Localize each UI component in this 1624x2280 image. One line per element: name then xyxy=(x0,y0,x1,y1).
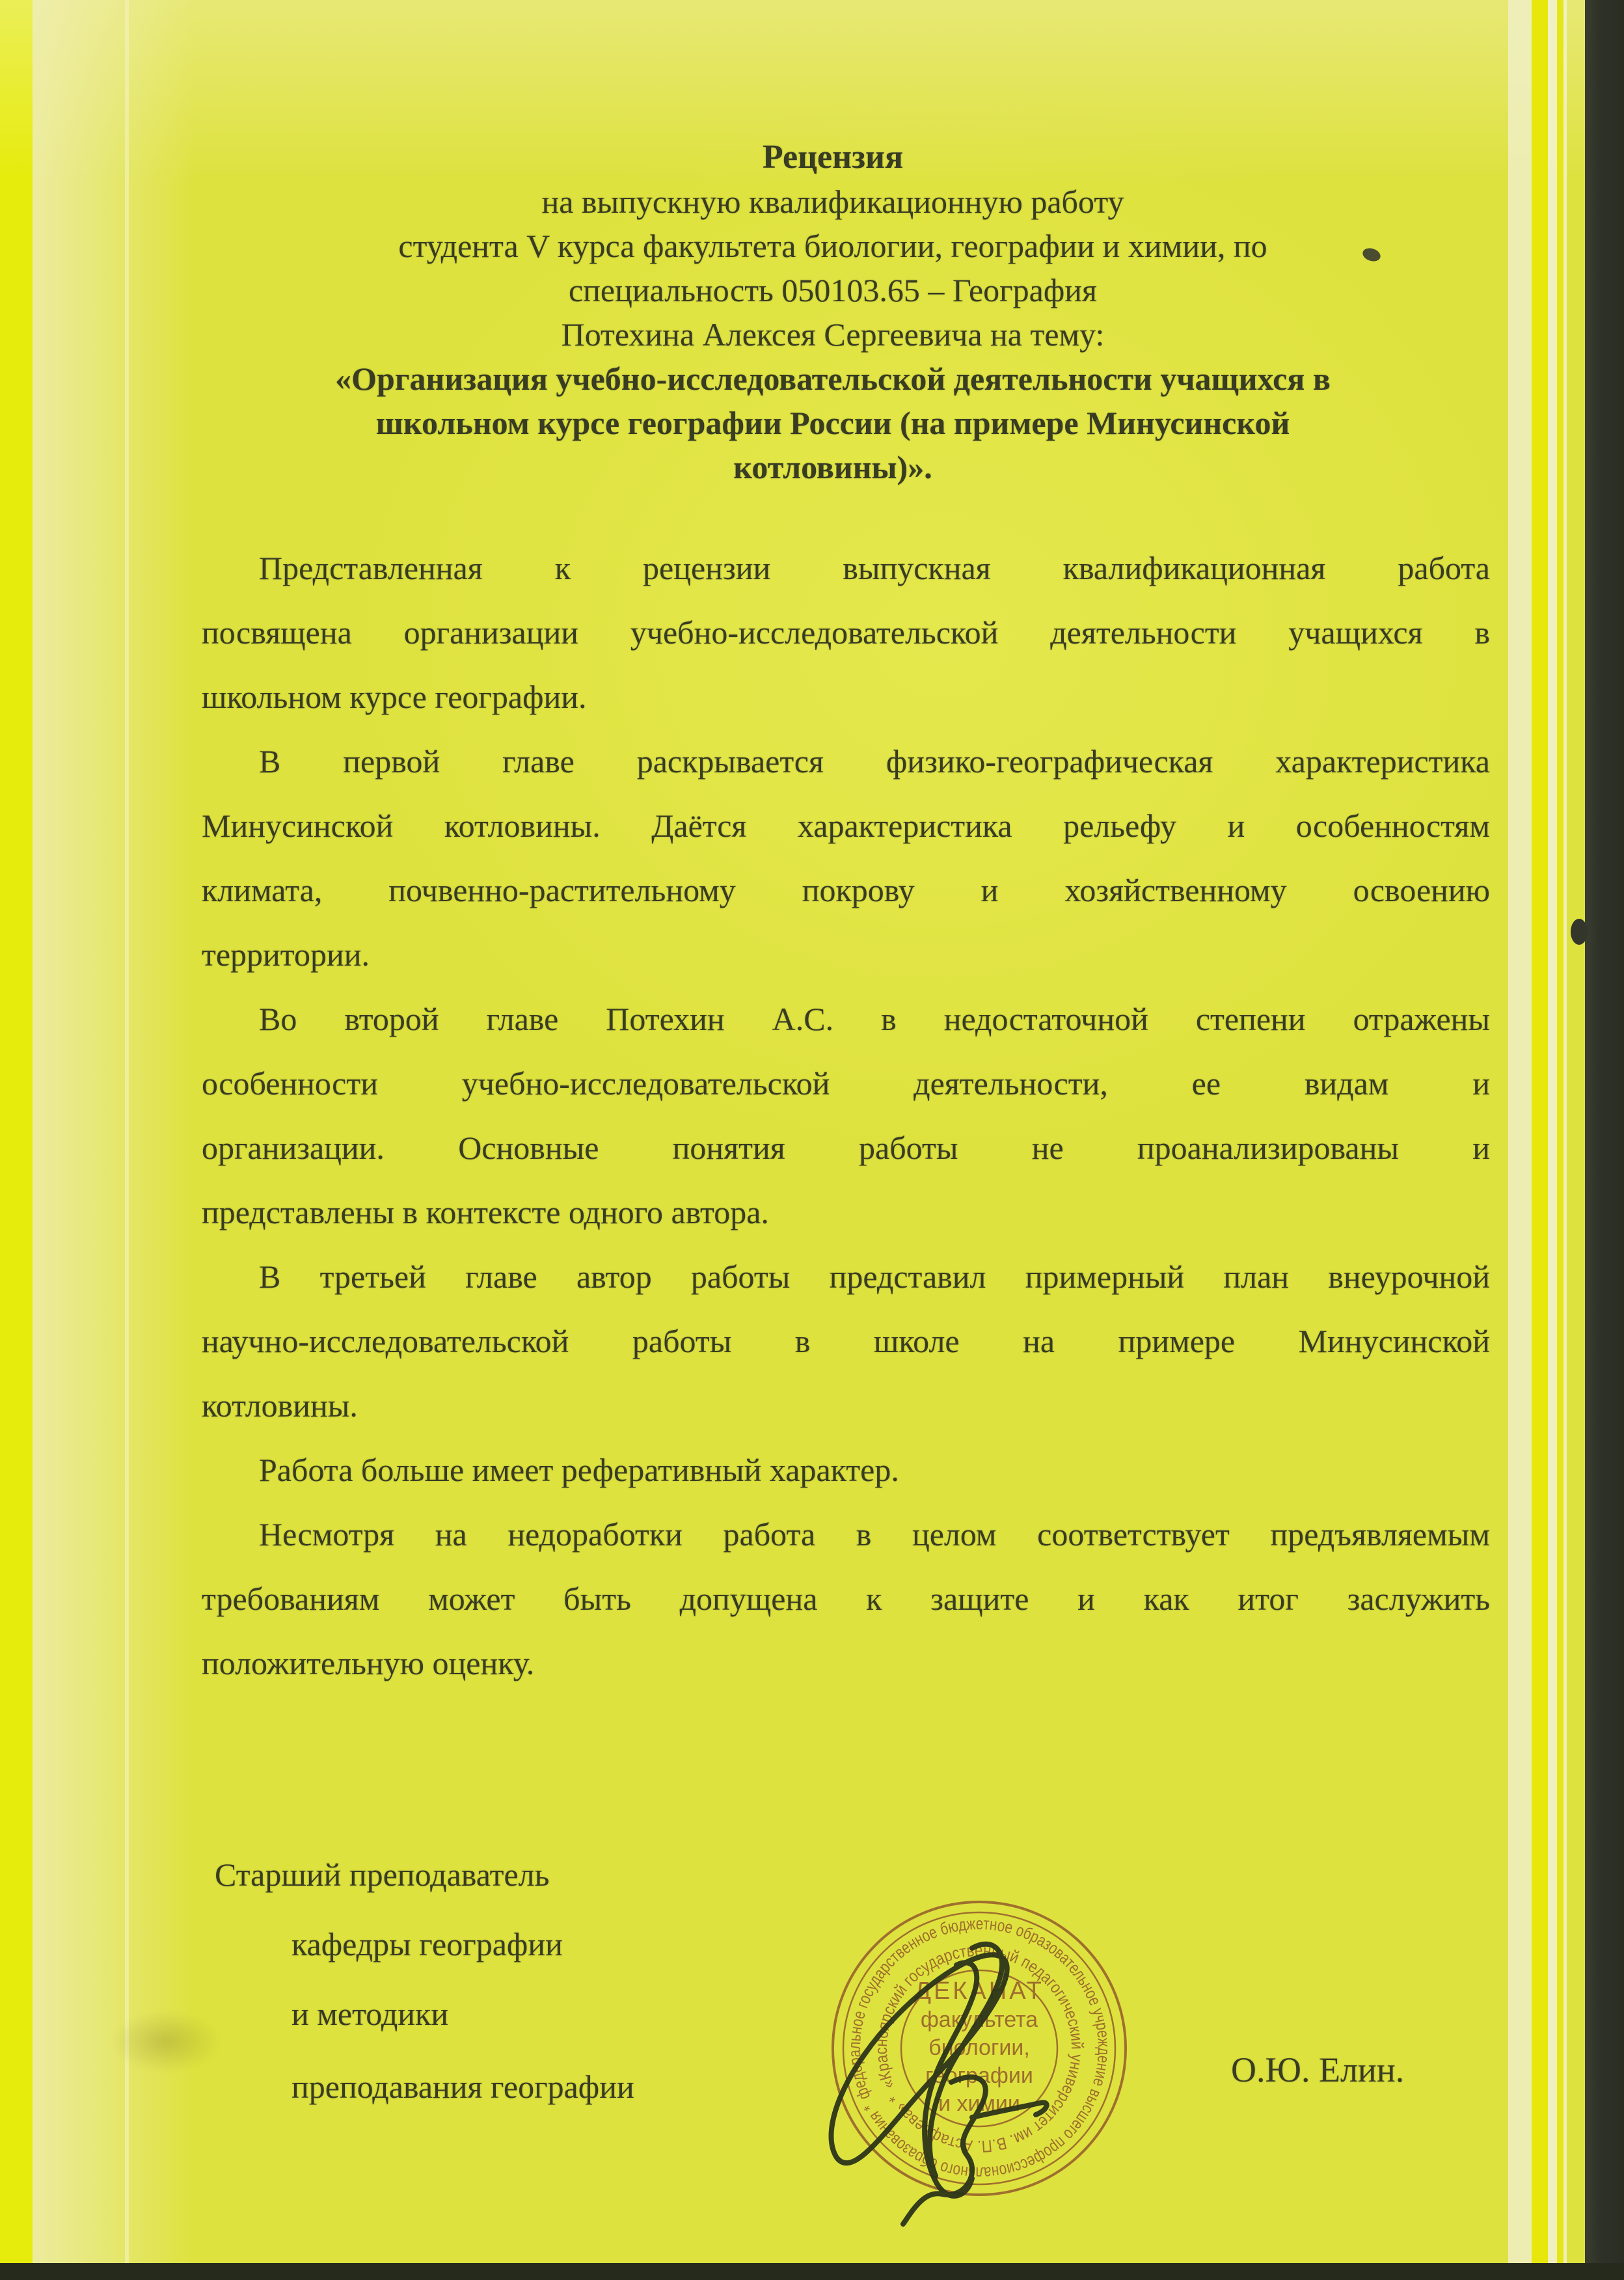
header-line: на выпускную квалификационную работу xyxy=(195,180,1470,224)
body-paragraph-4-line: научно-исследовательской работы в школе … xyxy=(202,1309,1490,1374)
signature-line: и методики xyxy=(291,1995,448,2033)
paper-smudge xyxy=(111,2011,221,2072)
body-paragraph-3-line: представлены в контексте одного автора. xyxy=(202,1180,1490,1245)
scanner-edge-bottom xyxy=(0,2263,1624,2280)
header-line: специальность 050103.65 – География xyxy=(195,268,1470,312)
document-title: Рецензия xyxy=(195,135,1470,180)
body-paragraph-6-line: требованиям может быть допущена к защите… xyxy=(202,1567,1490,1631)
document-subtitle: на выпускную квалификационную работустуд… xyxy=(195,180,1470,357)
body-paragraph-3-line: организации. Основные понятия работы не … xyxy=(202,1116,1490,1180)
body-paragraph-2-line: климата, почвенно-растительному покрову … xyxy=(202,858,1490,923)
header-line: Потехина Алексея Сергеевича на тему: xyxy=(195,312,1470,357)
header-line: студента V курса факультета биологии, ге… xyxy=(195,224,1470,268)
topic-line: котловины)». xyxy=(195,445,1470,489)
topic-line: школьном курсе географии России (на прим… xyxy=(195,401,1470,445)
reviewer-name: О.Ю. Елин. xyxy=(1231,2050,1404,2090)
body-paragraph-1-line: Представленная к рецензии выпускная квал… xyxy=(202,536,1490,601)
university-round-stamp: федеральное государственное бюджетное об… xyxy=(768,1835,1132,2264)
paper-right-stripe xyxy=(1563,0,1567,2280)
body-paragraph-1-line: посвящена организации учебно-исследовате… xyxy=(202,601,1490,665)
body-paragraph-3-line: Во второй главе Потехин А.С. в недостато… xyxy=(202,987,1490,1052)
body-paragraph-2-line: В первой главе раскрывается физико-геогр… xyxy=(202,729,1490,794)
body-paragraph-4-line: котловины. xyxy=(202,1374,1490,1438)
body-paragraph-5-line: Работа больше имеет реферативный характе… xyxy=(202,1438,1490,1502)
thesis-topic: «Организация учебно-исследовательской де… xyxy=(195,357,1470,489)
stamp-ink-group: федеральное государственное бюджетное об… xyxy=(802,1871,1132,2227)
topic-line: «Организация учебно-исследовательской де… xyxy=(195,357,1470,401)
paper-left-pale-column xyxy=(33,0,195,2280)
body-paragraph-6-line: положительную оценку. xyxy=(202,1631,1490,1696)
scanned-review-document: Рецензия на выпускную квалификационную р… xyxy=(0,0,1624,2280)
body-paragraph-4-line: В третьей главе автор работы представил … xyxy=(202,1245,1490,1309)
signature-line: преподавания географии xyxy=(291,2068,634,2106)
scanner-edge-bump xyxy=(1571,919,1588,945)
body-paragraph-1-line: школьном курсе географии. xyxy=(202,665,1490,729)
paper-crease-line xyxy=(125,0,129,2280)
body-paragraph-3-line: особенности учебно-исследовательской дея… xyxy=(202,1052,1490,1116)
body-paragraph-2-line: Минусинской котловины. Даётся характерис… xyxy=(202,794,1490,858)
document-header: Рецензия на выпускную квалификационную р… xyxy=(195,135,1470,489)
paper-right-stripe xyxy=(1508,0,1532,2280)
paper-right-stripe xyxy=(1532,0,1548,2280)
paper-left-bright-strip xyxy=(0,0,33,2280)
paper-right-stripe xyxy=(1557,0,1563,2280)
signature-line: Старший преподаватель xyxy=(215,1856,549,1893)
scanner-edge-right xyxy=(1585,0,1624,2280)
body-paragraph-6-line: Несмотря на недоработки работа в целом с… xyxy=(202,1502,1490,1567)
document-body: Представленная к рецензии выпускная квал… xyxy=(202,536,1490,1696)
paper-right-stripe xyxy=(1548,0,1557,2280)
body-paragraph-2-line: территории. xyxy=(202,923,1490,987)
signature-line: кафедры географии xyxy=(291,1925,563,1963)
